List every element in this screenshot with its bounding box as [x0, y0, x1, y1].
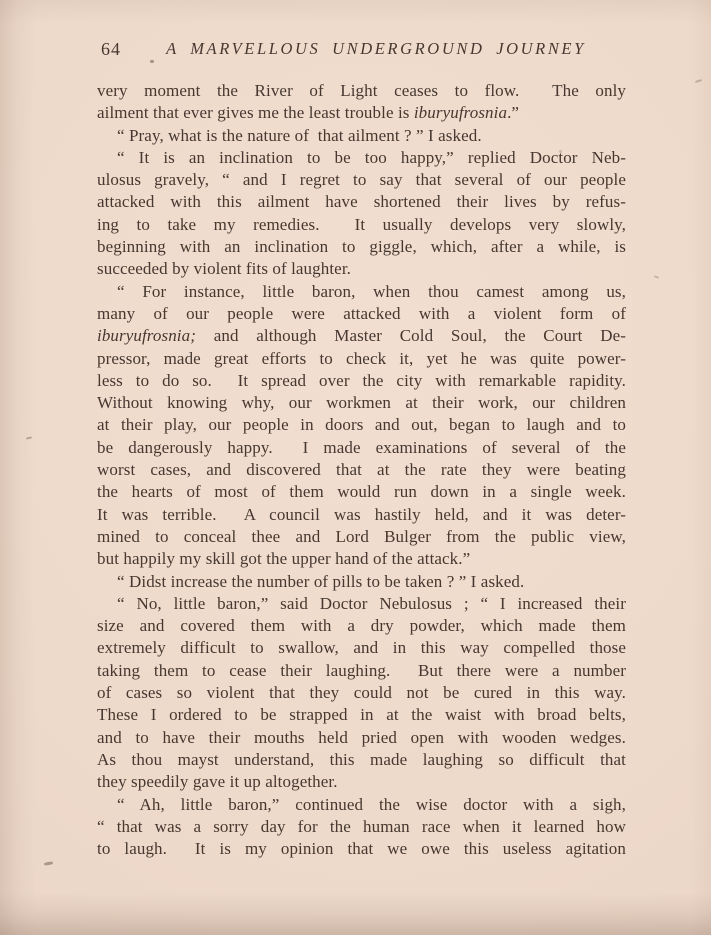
text-line: taking them to cease their laughing. But…: [97, 660, 626, 682]
text-line: “ No, little baron,” said Doctor Nebulos…: [97, 593, 626, 615]
text-segment: “ Pray, what is the nature of that ailme…: [117, 126, 482, 145]
text-line: but happily my skill got the upper hand …: [97, 548, 626, 570]
text-line: size and covered them with a dry powder,…: [97, 615, 626, 637]
text-segment: be dangerously happy. I made examination…: [97, 438, 626, 457]
text-line: mined to conceal thee and Lord Bulger fr…: [97, 526, 626, 548]
text-segment: “ Ah, little baron,” continued the wise …: [117, 795, 626, 814]
text-line: iburyufrosnia; and although Master Cold …: [97, 325, 626, 347]
text-line: These I ordered to be strapped in at the…: [97, 704, 626, 726]
text-segment: ing to take my remedies. It usually deve…: [97, 215, 626, 234]
text-line: extremely difficult to swallow, and in t…: [97, 637, 626, 659]
text-line: “ Didst increase the number of pills to …: [97, 571, 626, 593]
paper-speck: [695, 79, 702, 83]
text-segment: at their play, our people in doors and o…: [97, 415, 626, 434]
text-segment: beginning with an inclination to giggle,…: [97, 237, 626, 256]
text-segment: attacked with this ailment have shortene…: [97, 192, 626, 211]
text-segment: “ that was a sorry day for the human rac…: [97, 817, 626, 836]
text-line: As thou mayst understand, this made laug…: [97, 749, 626, 771]
page-header: 64 A MARVELLOUS UNDERGROUND JOURNEY: [97, 38, 625, 64]
page-number: 64: [101, 39, 121, 60]
text-line: of cases so violent that they could not …: [97, 682, 626, 704]
text-segment: they speedily gave it up altogether.: [97, 772, 338, 791]
text-line: worst cases, and discovered that at the …: [97, 459, 626, 481]
text-line: attacked with this ailment have shortene…: [97, 191, 626, 213]
text-segment: ulosus gravely, “ and I regret to say th…: [97, 170, 626, 189]
paper-speck: [654, 275, 659, 279]
text-segment: .”: [507, 103, 519, 122]
text-line: ulosus gravely, “ and I regret to say th…: [97, 169, 626, 191]
paper-speck: [559, 150, 562, 153]
italic-text-segment: iburyufrosnia: [414, 103, 507, 122]
text-segment: “ For instance, little baron, when thou …: [117, 282, 626, 301]
text-line: It was terrible. A council was hastily h…: [97, 504, 626, 526]
paper-speck: [150, 60, 154, 63]
text-segment: the hearts of most of them would run dow…: [97, 482, 626, 501]
text-line: many of our people were attacked with a …: [97, 303, 626, 325]
text-line: ing to take my remedies. It usually deve…: [97, 214, 626, 236]
text-segment: Without knowing why, our workmen at thei…: [97, 393, 626, 412]
text-segment: and to have their mouths held pried open…: [97, 728, 626, 747]
paper-speck: [44, 861, 53, 865]
text-line: “ It is an inclination to be too happy,”…: [97, 147, 626, 169]
text-segment: These I ordered to be strapped in at the…: [97, 705, 626, 724]
text-line: “ Pray, what is the nature of that ailme…: [97, 125, 626, 147]
text-segment: size and covered them with a dry powder,…: [97, 616, 626, 635]
text-segment: As thou mayst understand, this made laug…: [97, 750, 626, 769]
text-line: be dangerously happy. I made examination…: [97, 437, 626, 459]
text-line: succeeded by violent fits of laughter.: [97, 258, 626, 280]
body-text-block: very moment the River of Light ceases to…: [97, 80, 626, 860]
text-segment: It was terrible. A council was hastily h…: [97, 505, 626, 524]
text-line: beginning with an inclination to giggle,…: [97, 236, 626, 258]
text-line: and to have their mouths held pried open…: [97, 727, 626, 749]
text-segment: less to do so. It spread over the city w…: [97, 371, 626, 390]
text-line: “ Ah, little baron,” continued the wise …: [97, 794, 626, 816]
text-line: very moment the River of Light ceases to…: [97, 80, 626, 102]
text-line: less to do so. It spread over the city w…: [97, 370, 626, 392]
text-line: Without knowing why, our workmen at thei…: [97, 392, 626, 414]
paper-speck: [26, 436, 32, 439]
text-line: at their play, our people in doors and o…: [97, 414, 626, 436]
text-line: ailment that ever gives me the least tro…: [97, 102, 626, 124]
text-segment: mined to conceal thee and Lord Bulger fr…: [97, 527, 626, 546]
italic-text-segment: iburyufrosnia;: [97, 326, 196, 345]
text-line: they speedily gave it up altogether.: [97, 771, 626, 793]
text-segment: but happily my skill got the upper hand …: [97, 549, 470, 568]
text-segment: and although Master Cold Soul, the Court…: [196, 326, 626, 345]
text-segment: taking them to cease their laughing. But…: [97, 661, 626, 680]
text-segment: pressor, made great efforts to check it,…: [97, 349, 626, 368]
running-title: A MARVELLOUS UNDERGROUND JOURNEY: [137, 39, 615, 59]
book-page-scan: 64 A MARVELLOUS UNDERGROUND JOURNEY very…: [0, 0, 711, 935]
text-segment: “ Didst increase the number of pills to …: [117, 572, 524, 591]
text-line: to laugh. It is my opinion that we owe t…: [97, 838, 626, 860]
text-segment: ailment that ever gives me the least tro…: [97, 103, 414, 122]
text-segment: succeeded by violent fits of laughter.: [97, 259, 351, 278]
text-segment: “ No, little baron,” said Doctor Nebulos…: [117, 594, 626, 613]
text-segment: very moment the River of Light ceases to…: [97, 81, 626, 100]
text-segment: to laugh. It is my opinion that we owe t…: [97, 839, 626, 858]
text-line: pressor, made great efforts to check it,…: [97, 348, 626, 370]
text-segment: many of our people were attacked with a …: [97, 304, 626, 323]
text-segment: of cases so violent that they could not …: [97, 683, 626, 702]
text-line: “ For instance, little baron, when thou …: [97, 281, 626, 303]
text-segment: “ It is an inclination to be too happy,”…: [117, 148, 626, 167]
text-line: “ that was a sorry day for the human rac…: [97, 816, 626, 838]
text-segment: worst cases, and discovered that at the …: [97, 460, 626, 479]
text-line: the hearts of most of them would run dow…: [97, 481, 626, 503]
text-segment: extremely difficult to swallow, and in t…: [97, 638, 626, 657]
